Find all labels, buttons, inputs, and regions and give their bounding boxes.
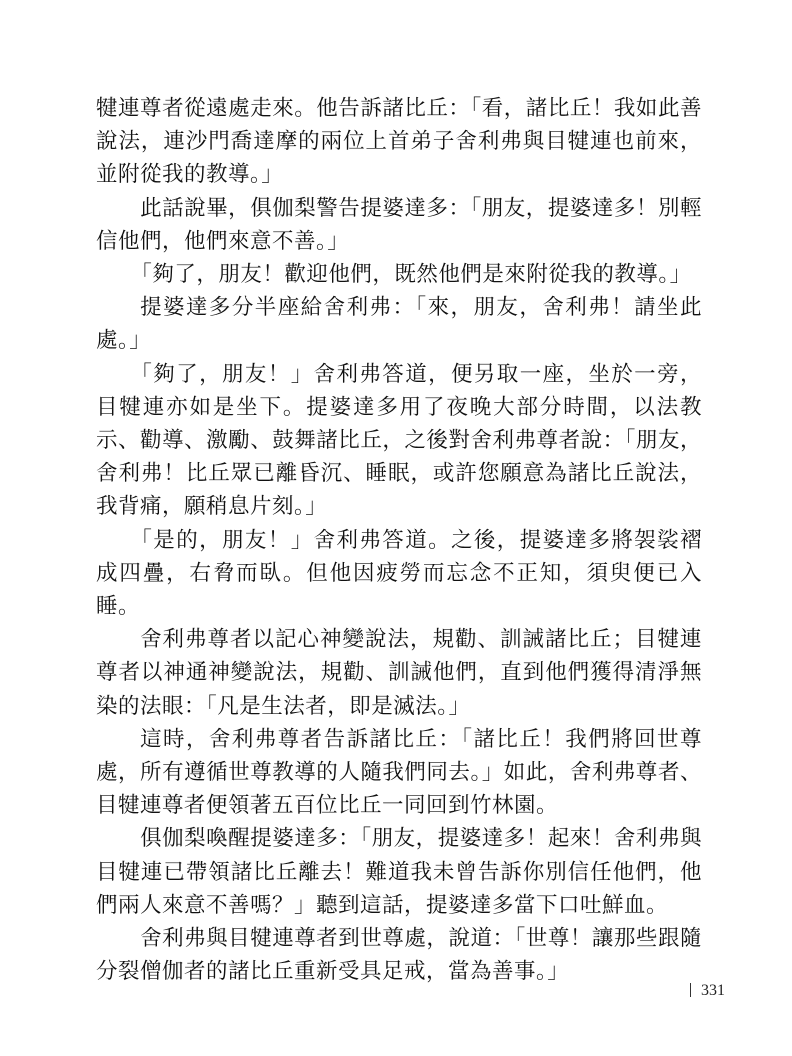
page-number: 331: [701, 982, 725, 999]
paragraph-9: 俱伽梨喚醒提婆達多：「朋友，提婆達多！起來！舍利弗與目犍連已帶領諸比丘離去！難道…: [96, 822, 702, 922]
paragraph-8: 這時，舍利弗尊者告訴諸比丘：「諸比丘！我們將回世尊處，所有遵循世尊教導的人隨我們…: [96, 723, 702, 823]
paragraph-7: 舍利弗尊者以記心神變說法，規勸、訓誡諸比丘；目犍連尊者以神通神變說法，規勸、訓誡…: [96, 623, 702, 723]
paragraph-3: 「夠了，朋友！歡迎他們，既然他們是來附從我的教導。」: [96, 258, 702, 291]
paragraph-10: 舍利弗與目犍連尊者到世尊處，說道：「世尊！讓那些跟隨分裂僧伽者的諸比丘重新受具足…: [96, 922, 702, 988]
paragraph-1: 犍連尊者從遠處走來。他告訴諸比丘：「看，諸比丘！我如此善說法，連沙門喬達摩的兩位…: [96, 92, 702, 192]
folio-divider: [690, 983, 691, 997]
book-page: 犍連尊者從遠處走來。他告訴諸比丘：「看，諸比丘！我如此善說法，連沙門喬達摩的兩位…: [0, 0, 792, 1056]
body-text: 犍連尊者從遠處走來。他告訴諸比丘：「看，諸比丘！我如此善說法，連沙門喬達摩的兩位…: [96, 92, 702, 988]
paragraph-2: 此話說畢，俱伽梨警告提婆達多：「朋友，提婆達多！別輕信他們，他們來意不善。」: [96, 192, 702, 258]
paragraph-5: 「夠了，朋友！」舍利弗答道，便另取一座，坐於一旁，目犍連亦如是坐下。提婆達多用了…: [96, 358, 702, 524]
paragraph-6: 「是的，朋友！」舍利弗答道。之後，提婆達多將袈裟褶成四疊，右脅而臥。但他因疲勞而…: [96, 524, 702, 624]
page-footer: 331: [690, 982, 725, 1000]
paragraph-4: 提婆達多分半座給舍利弗：「來，朋友，舍利弗！請坐此處。」: [96, 291, 702, 357]
